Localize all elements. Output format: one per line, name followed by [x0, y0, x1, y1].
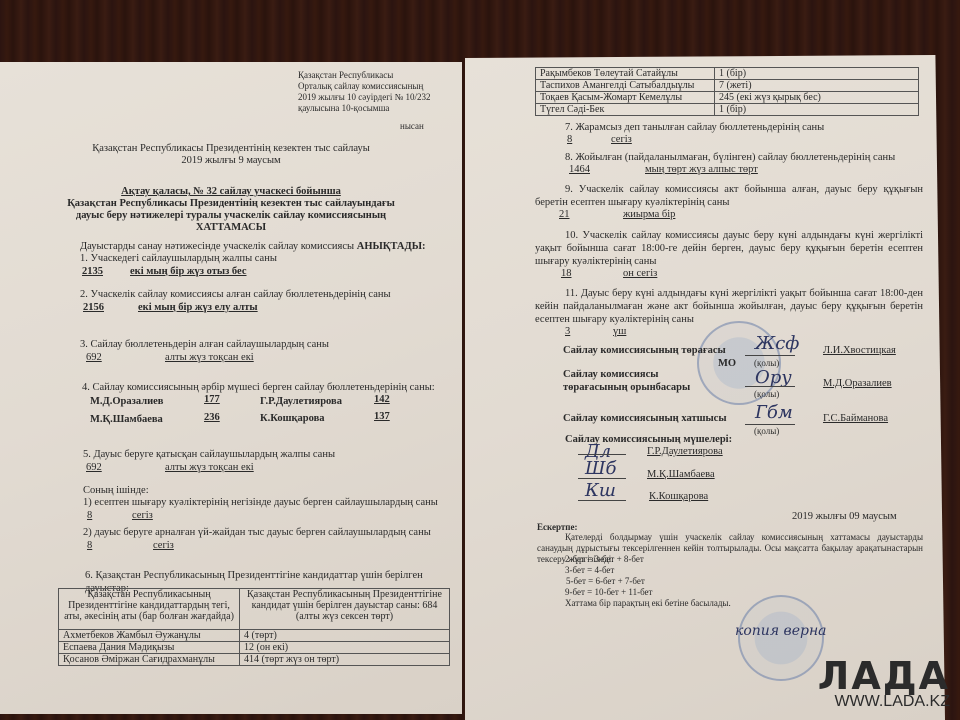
candidate-votes: 7 (жеті)	[715, 80, 919, 92]
candidate-votes: 414 (төрт жүз он төрт)	[240, 654, 450, 666]
table-row: Ахметбеков Жамбыл Әужанұлы 4 (төрт)	[59, 630, 450, 642]
signatory-name: Л.И.Хвостицкая	[823, 344, 896, 357]
candidate-name: Түгел Сәді-Бек	[536, 104, 715, 116]
signature-role: Сайлау комиссиясының төрағасы	[563, 344, 726, 357]
signatory-name: М.Д.Оразалиев	[823, 377, 892, 390]
item-11-label: 11. Дауыс беру күні алдындағы күні жергі…	[535, 287, 923, 326]
candidate-name: Таспихов Амангелді Сатыбалдыұлы	[536, 80, 715, 92]
item-9-number: 21	[559, 208, 570, 221]
sub-2-label: 2) дауыс беруге арналған үй-жайдан тыс д…	[83, 526, 431, 539]
member-count: 177	[204, 393, 220, 406]
member-count: 236	[204, 411, 220, 424]
table-row: Еспаева Дания Мәдиқызы 12 (он екі)	[59, 642, 450, 654]
signature-scribble: Гбм	[755, 402, 793, 423]
candidate-name: Қосанов Әміржан Сағидрахманұлы	[59, 654, 240, 666]
signature-role: Сайлау комиссиясының хатшысы	[563, 412, 727, 425]
item-9-words: жиырма бір	[623, 208, 675, 221]
item-3-words: алты жүз тоқсан екі	[165, 351, 254, 364]
member-signatory: К.Кошқарова	[649, 490, 708, 503]
table-row: Тоқаев Қасым-Жомарт Кемелұлы 245 (екі жү…	[536, 92, 919, 104]
sub-2-words: сегіз	[153, 539, 174, 552]
candidate-votes: 1 (бір)	[715, 68, 919, 80]
check-formula: 2-бет = 3-бет + 8-бет	[565, 554, 644, 565]
header-note-line: Орталық сайлау комиссиясының	[298, 81, 458, 92]
lada-url: WWW.LADA.KZ	[818, 694, 950, 710]
header-note-line: Қазақстан Республикасы	[298, 70, 458, 81]
check-formula: 5-бет = 6-бет + 7-бет	[566, 576, 645, 587]
sub-1-words: сегіз	[132, 509, 153, 522]
header-note-line: 2019 жылғы 10 сәуірдегі № 10/232	[298, 92, 458, 103]
sub-1-number: 8	[87, 509, 92, 522]
candidate-name: Тоқаев Қасым-Жомарт Кемелұлы	[536, 92, 715, 104]
form-label: нысан	[400, 121, 424, 132]
signature-line	[578, 478, 626, 479]
table-row: Таспихов Амангелді Сатыбалдыұлы 7 (жеті)	[536, 80, 919, 92]
signature-line	[745, 386, 795, 387]
table-row: Қосанов Әміржан Сағидрахманұлы 414 (төрт…	[59, 654, 450, 666]
table-header-cell: Қазақстан Республикасының Президенттігін…	[59, 589, 240, 630]
table-row: Түгел Сәді-Бек 1 (бір)	[536, 104, 919, 116]
signature-line	[745, 355, 795, 356]
item-3-label: 3. Сайлау бюллетеньдерін алған сайлаушыл…	[80, 338, 329, 351]
item-5-number: 692	[86, 461, 102, 474]
item-2-number: 2156	[83, 301, 104, 314]
candidate-votes: 12 (он екі)	[240, 642, 450, 654]
lada-watermark: ЛАДА WWW.LADA.KZ	[818, 656, 950, 710]
table-row: Рақымбеков Төлеутай Сатайұлы 1 (бір)	[536, 68, 919, 80]
stamp-place-label: МО	[718, 357, 736, 370]
sub-2-number: 8	[87, 539, 92, 552]
item-10-words: он сегіз	[623, 267, 657, 280]
member-count: 137	[374, 410, 390, 423]
item-5-label: 5. Дауыс беруге қатысқан сайлаушылардың …	[83, 448, 335, 461]
header-note: Қазақстан Республикасы Орталық сайлау ко…	[298, 70, 458, 114]
signature-scribble: Кш	[585, 480, 616, 501]
signature-line	[745, 424, 795, 425]
member-signatory: Г.Р.Даулетиярова	[647, 445, 723, 458]
item-9-label: 9. Учаскелік сайлау комиссиясы акт бойын…	[535, 183, 923, 209]
item-5-words: алты жүз тоқсан екі	[165, 461, 254, 474]
candidate-votes: 4 (төрт)	[240, 630, 450, 642]
item-8-words: мың төрт жүз алпыс төрт	[645, 163, 758, 176]
check-formula: 9-бет = 10-бет + 11-бет	[565, 587, 652, 598]
candidate-name: Еспаева Дания Мәдиқызы	[59, 642, 240, 654]
item-10-label: 10. Учаскелік сайлау комиссиясы дауыс бе…	[535, 229, 923, 268]
signature-role: Сайлау комиссиясы төрағасының орынбасары	[563, 368, 703, 394]
table-header-row: Қазақстан Республикасының Президенттігін…	[59, 589, 450, 630]
item-2-words: екі мың бір жүз елу алты	[138, 301, 258, 314]
candidates-table-continued: Рақымбеков Төлеутай Сатайұлы 1 (бір) Тас…	[535, 67, 919, 116]
item-1-number: 2135	[82, 265, 103, 278]
candidate-name: Рақымбеков Төлеутай Сатайұлы	[536, 68, 715, 80]
protocol-page-2: Рақымбеков Төлеутай Сатайұлы 1 (бір) Тас…	[465, 55, 945, 720]
item-2-label: 2. Учаскелік сайлау комиссиясы алған сай…	[80, 288, 391, 301]
protocol-date: 2019 жылғы 09 маусым	[792, 510, 897, 523]
item-8-number: 1464	[569, 163, 590, 176]
item-7-number: 8	[567, 133, 572, 146]
lada-logo: ЛАДА	[818, 656, 950, 696]
member-name: К.Кошқарова	[260, 412, 325, 425]
item-11-words: үш	[613, 325, 626, 338]
signature-scribble: Ору	[755, 367, 792, 388]
item-1-words: екі мың бір жүз отыз бес	[130, 265, 247, 278]
item-3-number: 692	[86, 351, 102, 364]
signed-label: (қолы)	[754, 426, 779, 437]
candidate-name: Ахметбеков Жамбыл Әужанұлы	[59, 630, 240, 642]
election-date: 2019 жылғы 9 маусым	[0, 154, 462, 167]
candidates-table: Қазақстан Республикасының Президенттігін…	[58, 588, 450, 666]
item-1-label: 1. Учаскедегі сайлаушылардың жалпы саны	[80, 252, 277, 265]
protocol-word: ХАТТАМАСЫ	[0, 221, 462, 234]
member-signatory: М.Қ.Шамбаева	[647, 468, 715, 481]
intro-plain: Дауыстарды санау нәтижесінде учаскелік с…	[80, 241, 354, 252]
header-note-line: қаулысына 10-қосымша	[298, 103, 458, 114]
candidate-votes: 245 (екі жүз қырық бес)	[715, 92, 919, 104]
handwritten-certification: копия верна	[735, 623, 827, 639]
member-count: 142	[374, 393, 390, 406]
item-7-label: 7. Жарамсыз деп танылған сайлау бюллетен…	[565, 121, 824, 134]
signature-scribble: Жсф	[755, 333, 799, 354]
signed-label: (қолы)	[754, 389, 779, 400]
member-name: М.Д.Оразалиев	[90, 395, 163, 408]
item-7-words: сегіз	[611, 133, 632, 146]
table-header-cell: Қазақстан Республикасының Президенттігін…	[240, 589, 450, 630]
signatory-name: Г.С.Байманова	[823, 412, 888, 425]
signature-line	[578, 500, 626, 501]
intro-bold: АНЫҚТАДЫ:	[357, 241, 426, 252]
candidate-votes: 1 (бір)	[715, 104, 919, 116]
protocol-page-1: Қазақстан Республикасы Орталық сайлау ко…	[0, 62, 462, 714]
item-11-number: 3	[565, 325, 570, 338]
member-name: Г.Р.Даулетиярова	[260, 395, 342, 408]
check-formula: 3-бет = 4-бет	[565, 565, 614, 576]
signature-scribble: Шб	[585, 458, 617, 479]
member-name: М.Қ.Шамбаева	[90, 413, 163, 426]
sub-1-label: 1) есептен шығару куәліктерінің негізінд…	[83, 496, 438, 509]
print-note: Хаттама бір парақтың екі бетіне басылады…	[565, 598, 731, 609]
signature-line	[578, 454, 626, 455]
item-10-number: 18	[561, 267, 572, 280]
